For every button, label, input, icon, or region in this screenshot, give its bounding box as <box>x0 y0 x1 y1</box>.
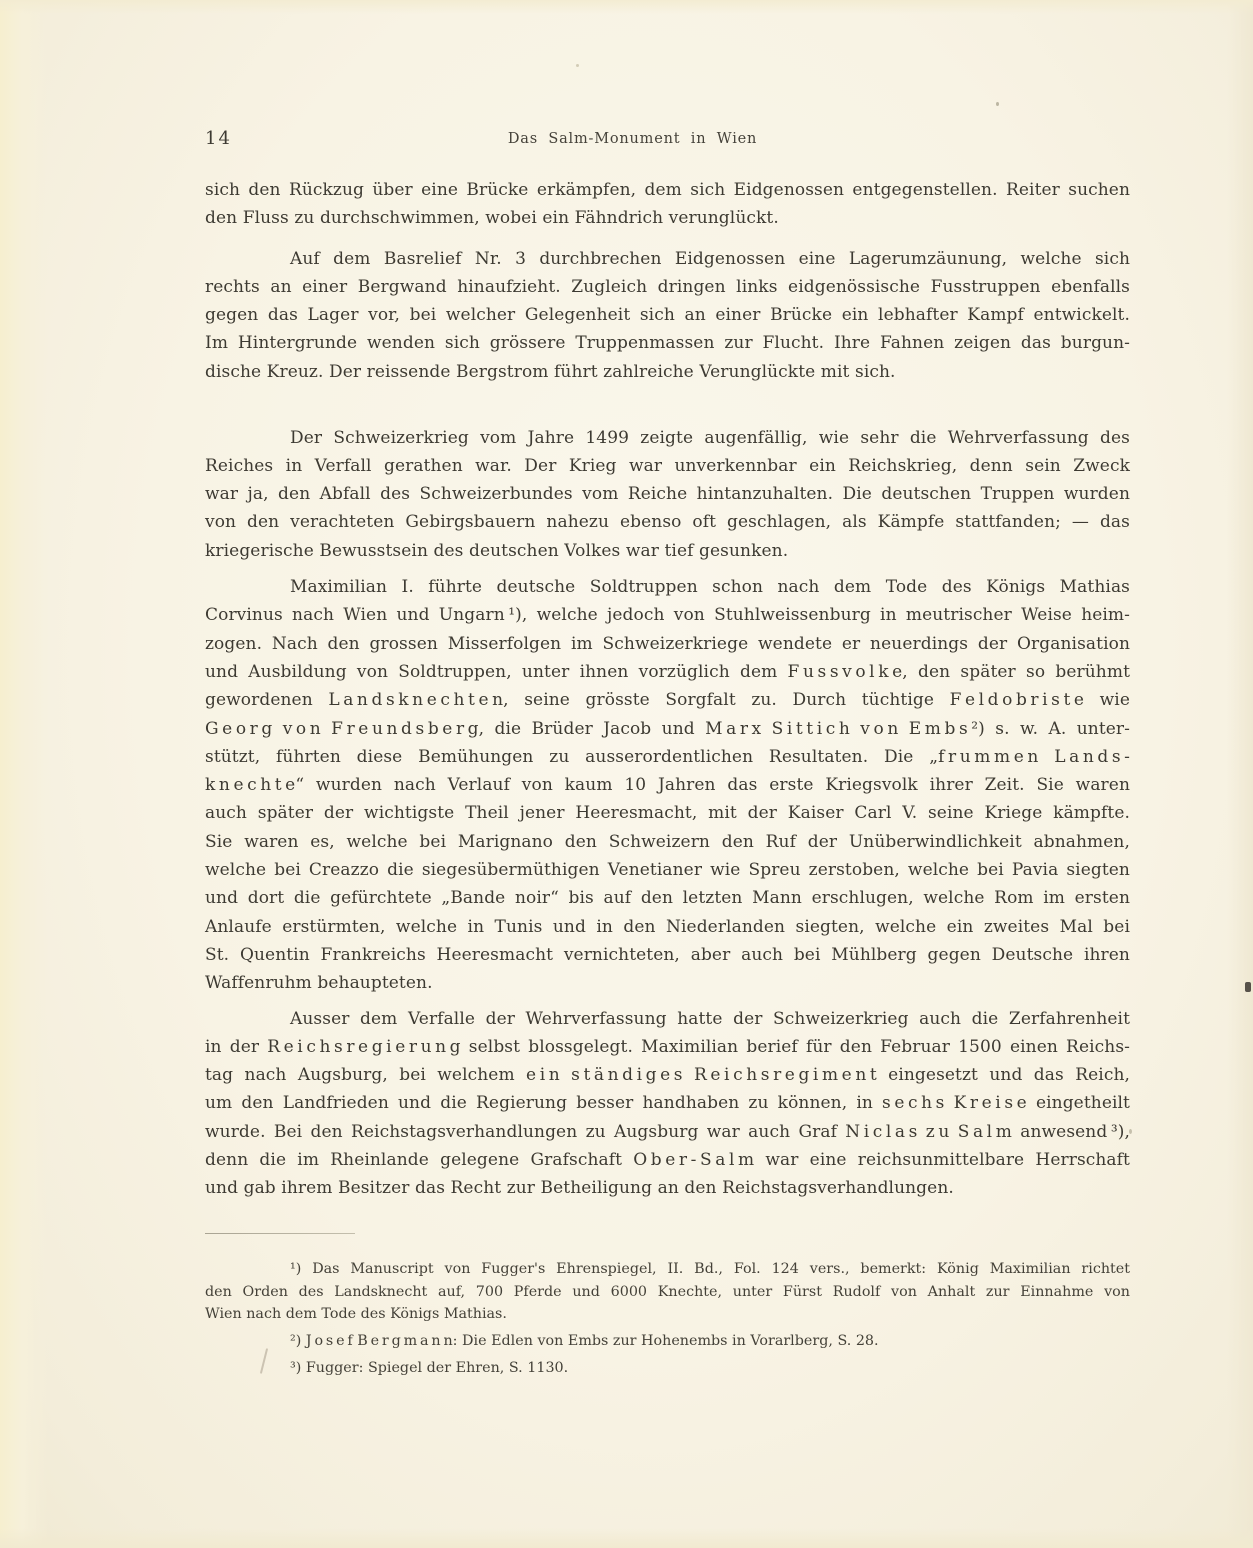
footnote-separator <box>205 1233 355 1234</box>
scan-speck <box>996 102 999 106</box>
running-title: Das Salm-Monument in Wien <box>205 131 1060 147</box>
book-page-scan: 14 Das Salm-Monument in Wien sich den Rü… <box>0 0 1253 1548</box>
scan-speck <box>576 64 579 67</box>
footnote-3: ³) Fugger: Spiegel der Ehren, S. 1130. <box>205 1357 1130 1380</box>
paragraph-continuation: sich den Rückzug über eine Brücke erkämp… <box>205 176 1130 233</box>
footnote-1: ¹) Das Manuscript von Fugger's Ehrenspie… <box>205 1258 1130 1326</box>
text-block: sich den Rückzug über eine Brücke erkämp… <box>205 176 1130 1203</box>
footnote-block: ¹) Das Manuscript von Fugger's Ehrenspie… <box>205 1258 1130 1380</box>
scan-speck <box>1245 982 1251 992</box>
paragraph-reichsregierung: Ausser dem Verfalle der Wehrverfassung h… <box>205 1005 1130 1203</box>
scan-speck <box>1129 1129 1132 1134</box>
paragraph-schweizerkrieg: Der Schweizerkrieg vom Jahre 1499 zeigte… <box>205 424 1130 565</box>
paragraph-basrelief: Auf dem Basrelief Nr. 3 durchbrechen Eid… <box>205 245 1130 386</box>
paragraph-maximilian: Maximilian I. führte deutsche Soldtruppe… <box>205 573 1130 997</box>
footnote-2: ²) J o s e f B e r g m a n n: Die Edlen … <box>205 1330 1130 1353</box>
